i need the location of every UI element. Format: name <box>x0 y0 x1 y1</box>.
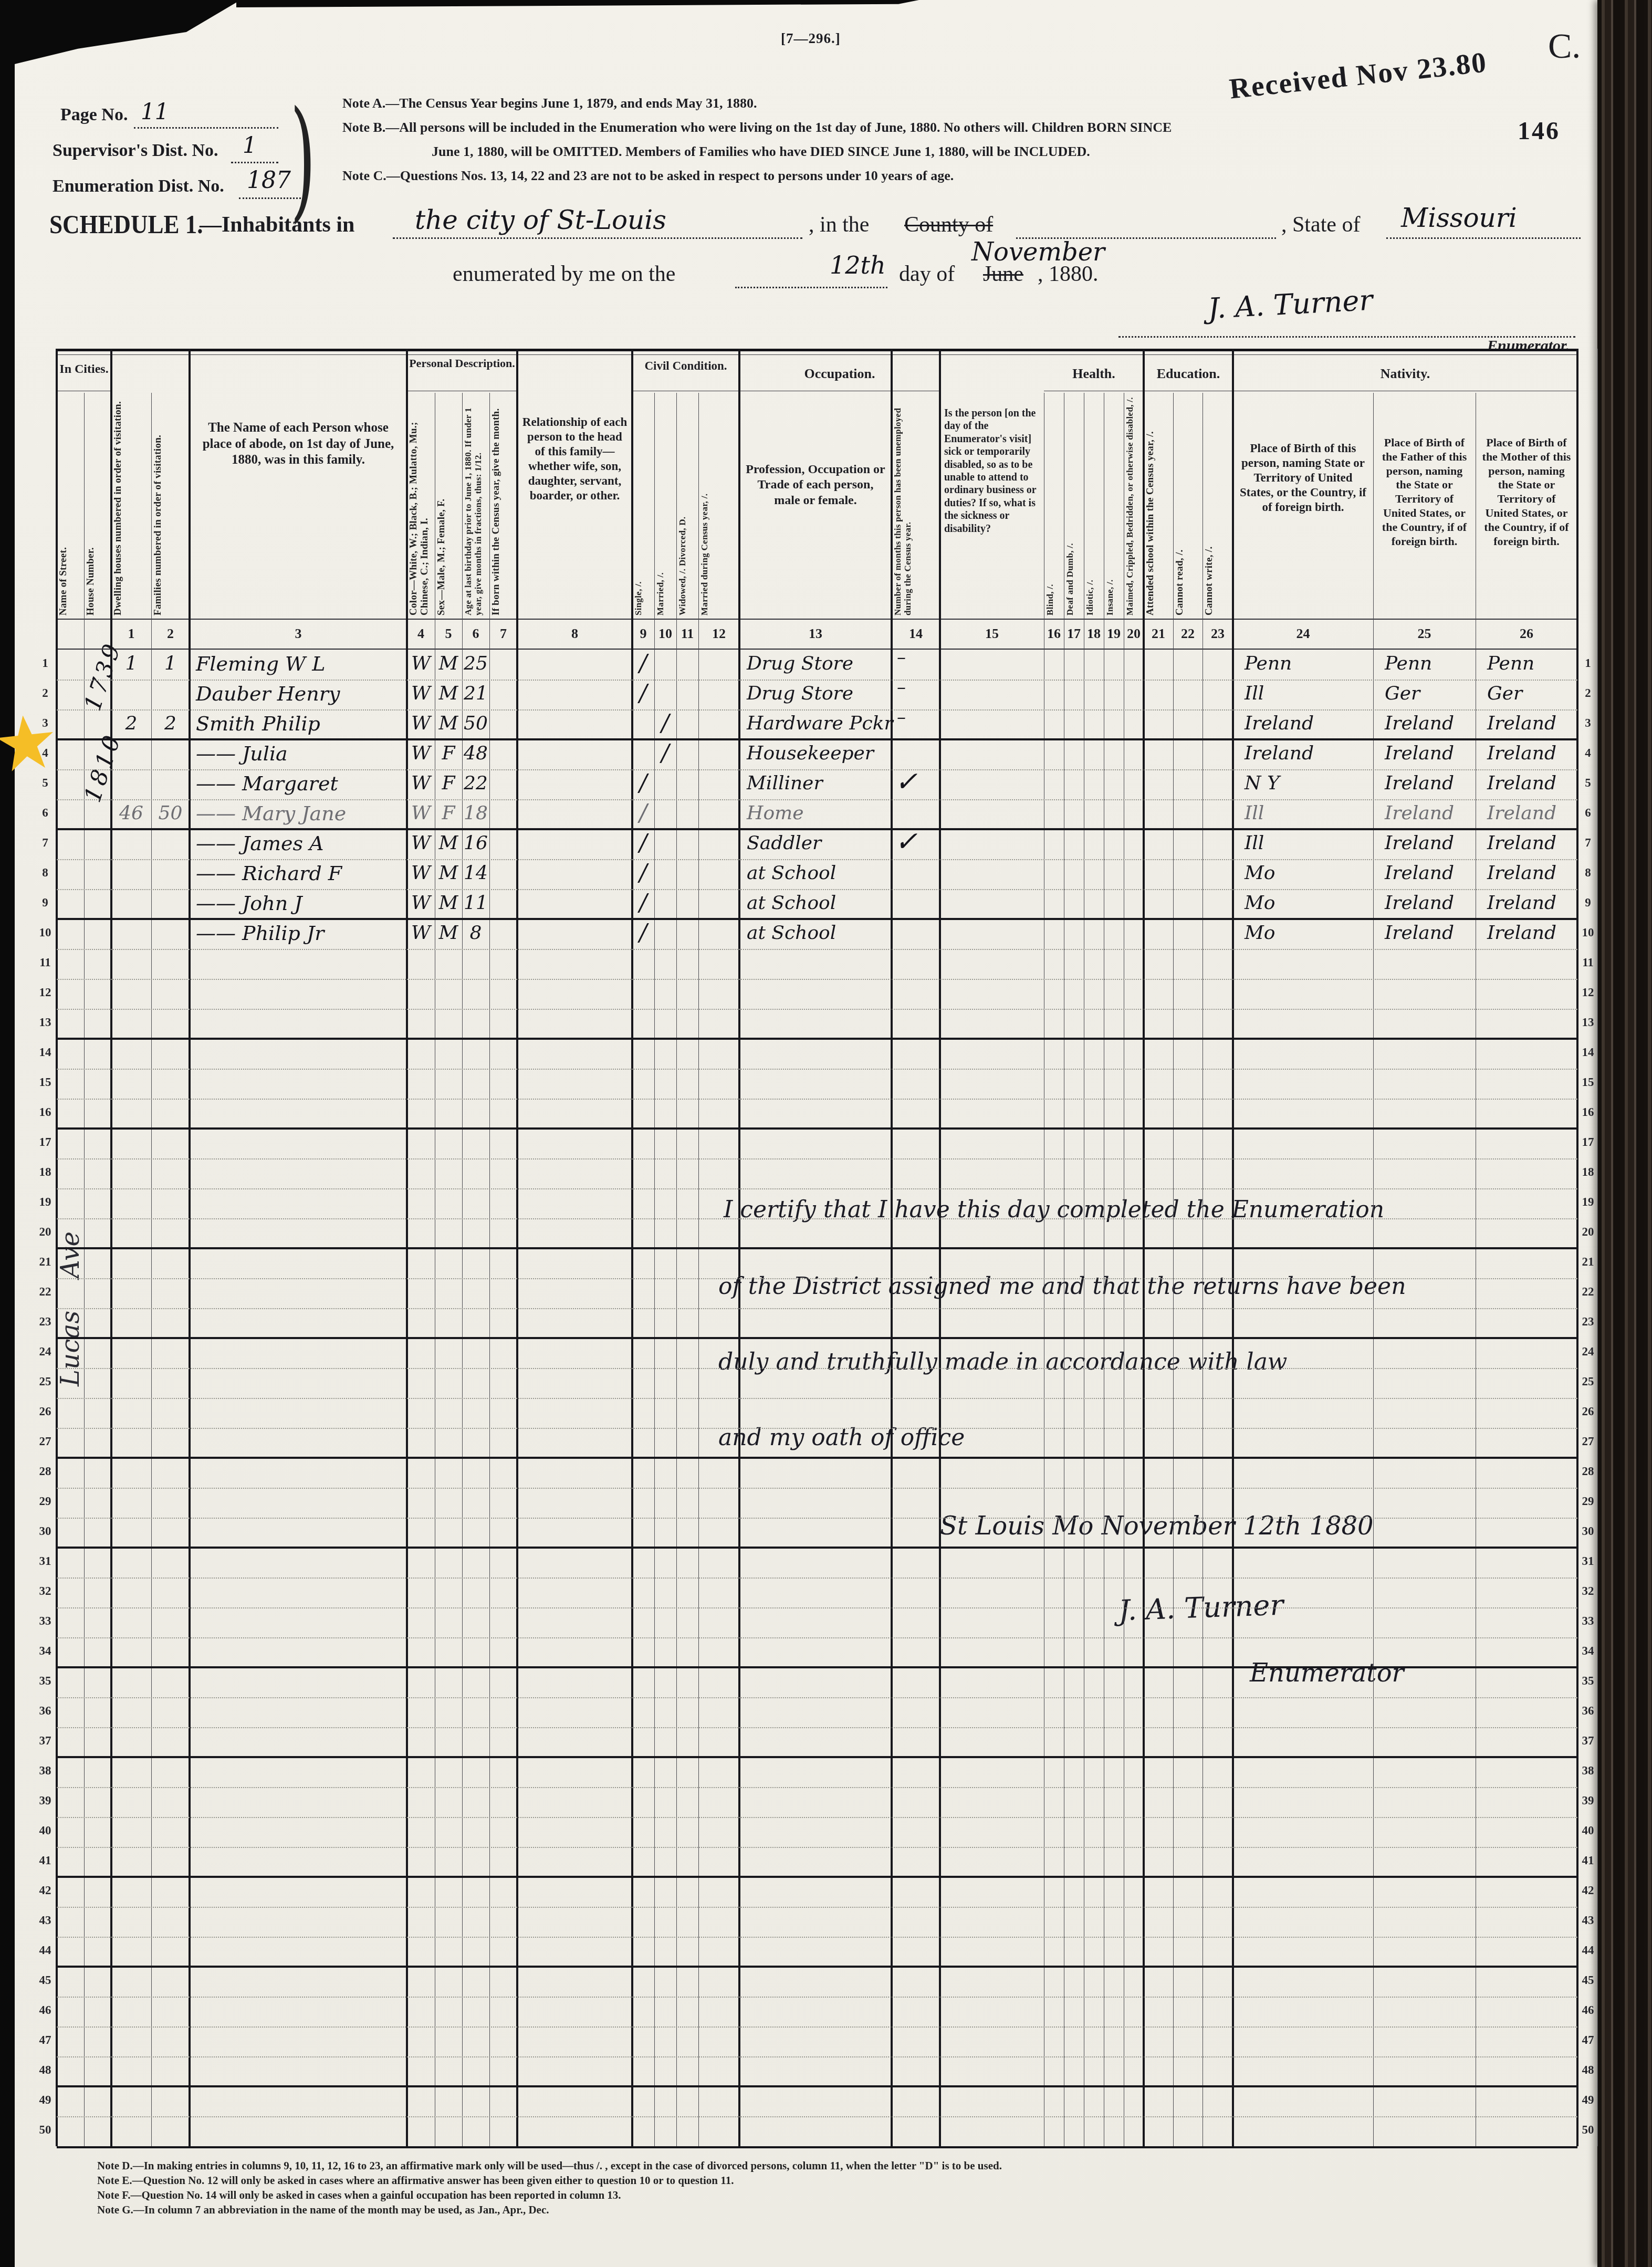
row-line-heavy <box>57 2085 1577 2087</box>
entry-occ-row1: Drug Store <box>739 650 892 680</box>
entry-color-row6: W <box>407 799 435 829</box>
row-number-left: 11 <box>36 956 55 969</box>
row-number-right: 13 <box>1578 1016 1597 1029</box>
entry-single-row8: / <box>632 859 654 889</box>
entry-married-row3: / <box>654 709 676 739</box>
row-line-heavy <box>57 1666 1577 1668</box>
group-label-occupation: Occupation. <box>739 367 940 382</box>
entry-sex-row4: F <box>435 739 462 769</box>
row-number-right: 37 <box>1578 1734 1597 1748</box>
row-line <box>57 949 1577 950</box>
column-header-marryr: Married during Census year, /. <box>699 395 738 615</box>
entry-mother-row2: Ger <box>1476 680 1577 709</box>
column-number-21: 21 <box>1144 626 1173 642</box>
row-number-right: 36 <box>1578 1704 1597 1718</box>
entry-married-row4: / <box>654 739 676 769</box>
column-number-12: 12 <box>698 626 739 642</box>
row-number-left: 22 <box>36 1285 55 1299</box>
grid-vline <box>1104 393 1104 2146</box>
enumeration-label: Enumeration Dist. No. <box>53 176 224 196</box>
entry-color-row2: W <box>407 680 435 709</box>
row-number-right: 7 <box>1578 836 1597 850</box>
entry-sex-row6: F <box>435 799 462 829</box>
entry-age-row5: 22 <box>462 769 489 799</box>
county-of-struck: County of <box>904 212 993 237</box>
entry-color-row9: W <box>407 889 435 919</box>
row-number-right: 48 <box>1578 2063 1597 2077</box>
grid-vline <box>654 393 655 2146</box>
entry-mother-row3: Ireland <box>1476 709 1577 739</box>
group-underline-health <box>1044 391 1144 391</box>
row-number-left: 3 <box>36 716 55 730</box>
column-number-10: 10 <box>654 626 676 642</box>
row-number-right: 47 <box>1578 2033 1597 2047</box>
group-label-personal: Personal Description. <box>407 357 517 370</box>
group-underline-occupation <box>739 391 940 391</box>
column-header-house: House Number. <box>85 395 110 615</box>
row-number-left: 42 <box>36 1884 55 1897</box>
header-number-line <box>57 619 1577 620</box>
entry-father-row2: Ger <box>1373 680 1476 709</box>
row-number-right: 26 <box>1578 1405 1597 1418</box>
entry-dwelling-row3: 2 <box>111 709 151 739</box>
row-number-left: 45 <box>36 1973 55 1987</box>
census-scan-page: [7—296.] Received Nov 23.80 C. 146 Page … <box>0 0 1652 2267</box>
row-number-left: 49 <box>36 2093 55 2107</box>
row-number-right: 1 <box>1578 656 1597 670</box>
row-line <box>57 1009 1577 1010</box>
row-number-left: 13 <box>36 1016 55 1029</box>
row-line <box>57 1937 1577 1938</box>
row-number-left: 2 <box>36 686 55 700</box>
grid-vline <box>1044 393 1044 2146</box>
entry-father-row9: Ireland <box>1373 889 1476 919</box>
row-line <box>57 1697 1577 1698</box>
row-number-right: 31 <box>1578 1554 1597 1568</box>
entry-birth-row2: Ill <box>1233 680 1373 709</box>
column-number-19: 19 <box>1104 626 1124 642</box>
row-number-left: 21 <box>36 1255 55 1269</box>
row-number-left: 23 <box>36 1315 55 1329</box>
street-name-vertical: Lucas Ave <box>57 1192 88 1386</box>
column-number-6: 6 <box>462 626 489 642</box>
entry-color-row10: W <box>407 919 435 949</box>
entry-mother-row10: Ireland <box>1476 919 1577 949</box>
row-number-left: 43 <box>36 1914 55 1927</box>
column-number-8: 8 <box>517 626 632 642</box>
entry-color-row1: W <box>407 650 435 680</box>
entry-birth-row6: Ill <box>1233 799 1373 829</box>
state-value: Missouri <box>1401 203 1517 233</box>
entry-sex-row8: M <box>435 859 462 889</box>
grid-vline <box>698 393 699 2146</box>
header-brace: ) <box>290 93 316 225</box>
group-label-education: Education. <box>1144 367 1233 382</box>
row-line <box>57 1278 1577 1279</box>
entry-unemp-row3: – <box>892 709 945 739</box>
row-number-right: 5 <box>1578 776 1597 790</box>
entry-color-row4: W <box>407 739 435 769</box>
column-number-26: 26 <box>1476 626 1577 642</box>
row-number-left: 35 <box>36 1674 55 1688</box>
row-number-left: 14 <box>36 1046 55 1059</box>
column-header-maimed: Maimed, Crippled, Bedridden, or otherwis… <box>1125 395 1143 615</box>
grid-vline <box>1084 393 1084 2146</box>
row-number-left: 30 <box>36 1524 55 1538</box>
row-number-right: 44 <box>1578 1944 1597 1957</box>
row-line-heavy <box>57 1876 1577 1878</box>
column-header-sick: Is the person [on the day of the Enumera… <box>944 407 1040 535</box>
entry-occ-row2: Drug Store <box>739 680 892 709</box>
group-underline-nativity <box>1233 391 1577 391</box>
row-number-left: 24 <box>36 1345 55 1359</box>
entry-unemp-row5: ✓ <box>892 769 943 799</box>
entry-family-row6: 50 <box>151 799 190 829</box>
entry-father-row4: Ireland <box>1373 739 1476 769</box>
row-number-right: 27 <box>1578 1435 1597 1448</box>
row-number-right: 42 <box>1578 1884 1597 1897</box>
schedule-inhabitants: —Inhabitants in <box>200 212 354 237</box>
row-number-left: 10 <box>36 926 55 939</box>
entry-age-row6: 18 <box>462 799 489 829</box>
form-code: [7—296.] <box>781 30 841 47</box>
row-number-left: 9 <box>36 896 55 910</box>
column-header-family: Families numbered in order of visitation… <box>152 362 189 615</box>
entry-name-row1: Fleming W L <box>190 650 407 680</box>
row-line-heavy <box>57 1127 1577 1130</box>
grid-vline <box>1064 393 1064 2146</box>
entry-birth-row8: Mo <box>1233 859 1373 889</box>
title-in-the: , in the <box>809 212 869 237</box>
column-number-2: 2 <box>151 626 190 642</box>
row-number-right: 14 <box>1578 1046 1597 1059</box>
row-number-left: 27 <box>36 1435 55 1448</box>
row-number-left: 6 <box>36 806 55 820</box>
certification-date: St Louis Mo November 12th 1880 <box>940 1511 1374 1541</box>
column-number-9: 9 <box>632 626 654 642</box>
certification-line3: duly and truthfully made in accordance w… <box>718 1349 1288 1375</box>
entry-age-row3: 50 <box>462 709 489 739</box>
row-number-right: 38 <box>1578 1764 1597 1778</box>
row-line-heavy <box>57 1966 1577 1968</box>
grid-vline <box>1124 393 1124 2146</box>
entry-single-row5: / <box>632 769 654 799</box>
row-line <box>57 2056 1577 2057</box>
june-struck: June <box>983 262 1023 287</box>
row-number-left: 5 <box>36 776 55 790</box>
column-header-street: Name of Street. <box>58 395 83 615</box>
entry-sex-row7: M <box>435 829 462 859</box>
note-a: Note A.—The Census Year begins June 1, 1… <box>342 96 757 111</box>
entry-single-row1: / <box>632 650 654 680</box>
column-number-5: 5 <box>435 626 462 642</box>
entry-mother-row7: Ireland <box>1476 829 1577 859</box>
row-number-right: 35 <box>1578 1674 1597 1688</box>
row-line <box>57 1637 1577 1638</box>
entry-family-row3: 2 <box>151 709 190 739</box>
entry-sex-row9: M <box>435 889 462 919</box>
entry-unemp-row7: ✓ <box>892 829 943 859</box>
row-number-right: 49 <box>1578 2093 1597 2107</box>
group-label-in_cities: In Cities. <box>57 362 111 376</box>
corner-letter: C. <box>1548 25 1581 67</box>
entry-family-row1: 1 <box>151 650 190 680</box>
row-number-left: 48 <box>36 2063 55 2077</box>
entry-age-row1: 25 <box>462 650 489 680</box>
row-number-left: 8 <box>36 866 55 880</box>
page-no-label: Page No. <box>60 105 128 125</box>
row-line <box>57 1368 1577 1369</box>
entry-single-row7: / <box>632 829 654 859</box>
row-number-right: 46 <box>1578 2003 1597 2017</box>
column-header-idiotic: Idiotic, /. <box>1085 395 1103 615</box>
sheet-number: 146 <box>1518 117 1560 145</box>
entry-occ-row8: at School <box>739 859 892 889</box>
row-number-right: 12 <box>1578 986 1597 999</box>
row-number-left: 7 <box>36 836 55 850</box>
group-label-health: Health. <box>1044 367 1144 382</box>
title-state-of: , State of <box>1281 212 1360 237</box>
entry-unemp-row1: – <box>892 650 945 680</box>
row-number-left: 18 <box>36 1165 55 1179</box>
supervisor-leader <box>231 141 278 163</box>
table-bottom-border <box>57 2146 1577 2148</box>
row-line <box>57 2026 1577 2028</box>
entry-sex-row2: M <box>435 680 462 709</box>
row-number-left: 12 <box>36 986 55 999</box>
column-header-dwelling: Dwelling houses numbered in order of vis… <box>112 362 150 615</box>
column-number-4: 4 <box>407 626 435 642</box>
enumerator-label-top: Enumerator. <box>1487 337 1570 355</box>
column-header-insane: Insane, /. <box>1105 395 1123 615</box>
row-number-left: 39 <box>36 1794 55 1808</box>
column-header-mother: Place of Birth of the Mother of this per… <box>1480 436 1573 549</box>
entry-birth-row5: N Y <box>1233 769 1373 799</box>
footnote-e: Note E.—Question No. 12 will only be ask… <box>97 2174 734 2187</box>
column-header-deaf: Deaf and Dumb, /. <box>1065 395 1083 615</box>
column-number-11: 11 <box>676 626 698 642</box>
column-header-write: Cannot write, /. <box>1204 395 1232 615</box>
day-value: 12th <box>830 251 886 279</box>
row-number-right: 50 <box>1578 2123 1597 2137</box>
row-number-left: 47 <box>36 2033 55 2047</box>
footnote-f: Note F.—Question No. 14 will only be ask… <box>97 2189 621 2202</box>
row-number-right: 45 <box>1578 1973 1597 1987</box>
entry-mother-row5: Ireland <box>1476 769 1577 799</box>
column-header-age: Age at last birthday prior to June 1, 18… <box>463 395 488 615</box>
entry-father-row1: Penn <box>1373 650 1476 680</box>
row-number-right: 8 <box>1578 866 1597 880</box>
entry-dwelling-row1: 1 <box>111 650 151 680</box>
footnote-g: Note G.—In column 7 an abbreviation in t… <box>97 2203 549 2217</box>
row-line <box>57 1398 1577 1399</box>
column-number-22: 22 <box>1173 626 1203 642</box>
year-1880: , 1880. <box>1038 262 1099 287</box>
row-line <box>57 1727 1577 1728</box>
column-header-birth: Place of Birth of this person, naming St… <box>1237 441 1369 515</box>
row-number-right: 41 <box>1578 1854 1597 1867</box>
entry-occ-row7: Saddler <box>739 829 892 859</box>
day-of: day of <box>899 262 955 287</box>
column-header-single: Single, /. <box>633 395 653 615</box>
entry-color-row3: W <box>407 709 435 739</box>
column-number-7: 7 <box>489 626 517 642</box>
entry-occ-row4: Housekeeper <box>739 739 892 769</box>
column-number-23: 23 <box>1203 626 1233 642</box>
entry-father-row10: Ireland <box>1373 919 1476 949</box>
row-line-heavy <box>57 1247 1577 1249</box>
row-number-right: 30 <box>1578 1524 1597 1538</box>
entry-name-row7: —— James A <box>190 829 407 859</box>
entry-mother-row8: Ireland <box>1476 859 1577 889</box>
entry-occ-row10: at School <box>739 919 892 949</box>
entry-father-row3: Ireland <box>1373 709 1476 739</box>
row-number-right: 16 <box>1578 1105 1597 1119</box>
grid-vline <box>1173 393 1174 2146</box>
column-header-sex: Sex—Male, M.; Female, F. <box>436 395 461 615</box>
grid-vline <box>1203 393 1203 2146</box>
row-number-right: 40 <box>1578 1824 1597 1837</box>
entry-name-row2: Dauber Henry <box>190 680 407 709</box>
scan-right-edge <box>1597 0 1652 2267</box>
entry-sex-row1: M <box>435 650 462 680</box>
entry-mother-row4: Ireland <box>1476 739 1577 769</box>
entry-name-row4: —— Julia <box>190 739 407 769</box>
entry-birth-row10: Mo <box>1233 919 1373 949</box>
row-number-left: 40 <box>36 1824 55 1837</box>
group-underline-personal <box>407 391 517 391</box>
row-number-left: 46 <box>36 2003 55 2017</box>
row-line-heavy <box>57 1457 1577 1459</box>
row-number-left: 16 <box>36 1105 55 1119</box>
entry-age-row2: 21 <box>462 680 489 709</box>
column-number-3: 3 <box>190 626 407 642</box>
column-number-18: 18 <box>1084 626 1104 642</box>
entry-occ-row3: Hardware Pckr <box>739 709 892 739</box>
schedule-title: SCHEDULE 1. <box>49 209 203 239</box>
entry-birth-row7: Ill <box>1233 829 1373 859</box>
entry-birth-row4: Ireland <box>1233 739 1373 769</box>
row-number-right: 29 <box>1578 1495 1597 1508</box>
row-number-right: 17 <box>1578 1135 1597 1149</box>
row-number-left: 1 <box>36 656 55 670</box>
row-number-left: 17 <box>36 1135 55 1149</box>
grid-vline <box>489 393 490 2146</box>
row-line <box>57 1997 1577 1998</box>
row-number-right: 33 <box>1578 1614 1597 1628</box>
entry-name-row9: —— John J <box>190 889 407 919</box>
row-number-right: 19 <box>1578 1195 1597 1209</box>
page-no-leader <box>134 106 278 129</box>
entry-father-row7: Ireland <box>1373 829 1476 859</box>
table-top-border-inner <box>57 354 1577 355</box>
row-number-left: 19 <box>36 1195 55 1209</box>
footnote-d: Note D.—In making entries in columns 9, … <box>97 2159 1002 2172</box>
row-number-right: 4 <box>1578 746 1597 760</box>
row-number-left: 32 <box>36 1584 55 1598</box>
entry-father-row5: Ireland <box>1373 769 1476 799</box>
entry-occ-row9: at School <box>739 889 892 919</box>
entry-name-row6: —— Mary Jane <box>190 799 407 829</box>
row-number-left: 44 <box>36 1944 55 1957</box>
column-header-occ: Profession, Occupation or Trade of each … <box>744 462 887 508</box>
row-line <box>57 2116 1577 2117</box>
row-number-left: 25 <box>36 1375 55 1388</box>
row-number-left: 37 <box>36 1734 55 1748</box>
scan-left-edge <box>0 0 15 2267</box>
row-number-right: 24 <box>1578 1345 1597 1359</box>
signature-leader <box>1118 315 1575 338</box>
row-number-right: 10 <box>1578 926 1597 939</box>
entry-age-row9: 11 <box>462 889 489 919</box>
column-header-unemp: Number of months this person has been un… <box>893 395 939 615</box>
group-underline-in_cities <box>57 391 111 391</box>
row-line <box>57 1099 1577 1100</box>
row-number-left: 15 <box>36 1075 55 1089</box>
row-line <box>57 1578 1577 1579</box>
row-number-left: 28 <box>36 1465 55 1478</box>
certification-enumerator: Enumerator <box>1250 1658 1404 1688</box>
column-number-24: 24 <box>1233 626 1373 642</box>
entry-mother-row9: Ireland <box>1476 889 1577 919</box>
entry-birth-row1: Penn <box>1233 650 1373 680</box>
column-number-13: 13 <box>739 626 892 642</box>
row-line <box>57 979 1577 980</box>
row-number-right: 20 <box>1578 1225 1597 1239</box>
row-number-left: 50 <box>36 2123 55 2137</box>
column-header-read: Cannot read, /. <box>1174 395 1201 615</box>
column-header-rel: Relationship of each person to the head … <box>521 415 628 503</box>
row-number-right: 11 <box>1578 956 1597 969</box>
row-number-left: 4 <box>36 746 55 760</box>
entry-father-row6: Ireland <box>1373 799 1476 829</box>
row-number-right: 18 <box>1578 1165 1597 1179</box>
entry-single-row2: / <box>632 680 654 709</box>
group-underline-education <box>1144 391 1233 391</box>
entry-name-row8: —— Richard F <box>190 859 407 889</box>
column-number-17: 17 <box>1064 626 1084 642</box>
row-line <box>57 1218 1577 1219</box>
supervisor-label: Supervisor's Dist. No. <box>53 141 218 161</box>
row-number-right: 39 <box>1578 1794 1597 1808</box>
row-line <box>57 1428 1577 1429</box>
certification-line2: of the District assigned me and that the… <box>718 1273 1406 1300</box>
table-top-border <box>57 349 1577 351</box>
row-line <box>57 1817 1577 1818</box>
grid-vline <box>84 393 85 2146</box>
row-line <box>57 1607 1577 1608</box>
row-line-heavy <box>57 1547 1577 1549</box>
row-number-left: 31 <box>36 1554 55 1568</box>
row-number-left: 20 <box>36 1225 55 1239</box>
row-line <box>57 1488 1577 1489</box>
entry-color-row7: W <box>407 829 435 859</box>
column-number-14: 14 <box>892 626 940 642</box>
paper-sheet <box>15 0 1599 2267</box>
entry-name-row5: —— Margaret <box>190 769 407 799</box>
row-line <box>57 1308 1577 1309</box>
group-label-nativity: Nativity. <box>1233 367 1577 382</box>
entry-single-row10: / <box>632 919 654 949</box>
enumerated-by: enumerated by me on the <box>453 262 676 287</box>
row-number-right: 9 <box>1578 896 1597 910</box>
note-c: Note C.—Questions Nos. 13, 14, 22 and 23… <box>342 168 954 184</box>
row-line <box>57 1847 1577 1848</box>
row-number-left: 33 <box>36 1614 55 1628</box>
row-line-heavy <box>57 1038 1577 1040</box>
row-number-right: 32 <box>1578 1584 1597 1598</box>
grid-vline-right-margin <box>1597 349 1598 2146</box>
